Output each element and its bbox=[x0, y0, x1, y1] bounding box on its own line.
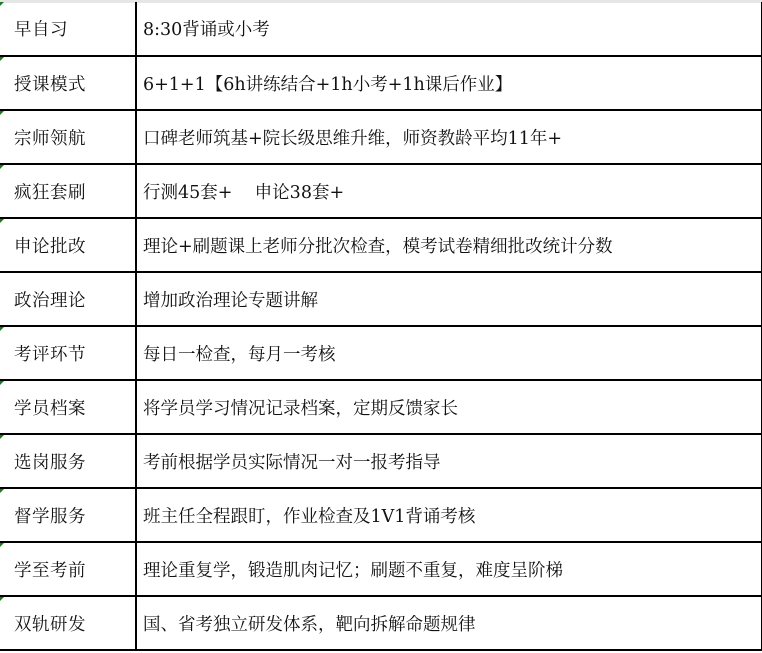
course-feature-table: 早自习8:30背诵或小考 授课模式6+1+1【6h讲练结合+1h小考+1h课后作… bbox=[0, 2, 762, 651]
row-label[interactable]: 学至考前 bbox=[0, 543, 137, 595]
table-row: 督学服务班主任全程跟盯，作业检查及1V1背诵考核 bbox=[0, 489, 761, 543]
cell-marker-icon bbox=[0, 327, 4, 331]
row-value[interactable]: 每日一检查，每月一考核 bbox=[137, 327, 761, 379]
cell-marker-icon bbox=[0, 489, 4, 493]
cell-marker-icon bbox=[0, 165, 4, 169]
table-row: 考评环节每日一检查，每月一考核 bbox=[0, 327, 761, 381]
table-row: 申论批改理论+刷题课上老师分批次检查，模考试卷精细批改统计分数 bbox=[0, 219, 761, 273]
cell-marker-icon bbox=[0, 219, 4, 223]
row-label[interactable]: 政治理论 bbox=[0, 273, 137, 325]
row-label[interactable]: 督学服务 bbox=[0, 489, 137, 541]
table-row: 宗师领航口碑老师筑基+院长级思维升维，师资教龄平均11年+ bbox=[0, 111, 761, 165]
row-label[interactable]: 早自习 bbox=[0, 2, 137, 55]
row-value[interactable]: 班主任全程跟盯，作业检查及1V1背诵考核 bbox=[137, 489, 761, 541]
cell-marker-icon bbox=[0, 543, 4, 547]
table-row: 政治理论增加政治理论专题讲解 bbox=[0, 273, 761, 327]
row-label[interactable]: 授课模式 bbox=[0, 57, 137, 109]
table-row: 学员档案将学员学习情况记录档案，定期反馈家长 bbox=[0, 381, 761, 435]
row-value[interactable]: 理论重复学，锻造肌肉记忆；刷题不重复，难度呈阶梯 bbox=[137, 543, 761, 595]
table-row: 学至考前理论重复学，锻造肌肉记忆；刷题不重复，难度呈阶梯 bbox=[0, 543, 761, 597]
row-value[interactable]: 考前根据学员实际情况一对一报考指导 bbox=[137, 435, 761, 487]
row-value[interactable]: 增加政治理论专题讲解 bbox=[137, 273, 761, 325]
row-label[interactable]: 宗师领航 bbox=[0, 111, 137, 163]
row-value[interactable]: 行测45套+ 申论38套+ bbox=[137, 165, 761, 217]
table-row: 选岗服务考前根据学员实际情况一对一报考指导 bbox=[0, 435, 761, 489]
row-value[interactable]: 国、省考独立研发体系，靶向拆解命题规律 bbox=[137, 597, 761, 649]
row-label[interactable]: 疯狂套刷 bbox=[0, 165, 137, 217]
table-row: 授课模式6+1+1【6h讲练结合+1h小考+1h课后作业】 bbox=[0, 57, 761, 111]
cell-marker-icon bbox=[0, 435, 4, 439]
cell-marker-icon bbox=[0, 111, 4, 115]
cell-marker-icon bbox=[0, 57, 4, 61]
table-row: 早自习8:30背诵或小考 bbox=[0, 2, 761, 57]
row-value[interactable]: 理论+刷题课上老师分批次检查，模考试卷精细批改统计分数 bbox=[137, 219, 761, 271]
cell-marker-icon bbox=[0, 597, 4, 601]
row-label[interactable]: 选岗服务 bbox=[0, 435, 137, 487]
table-row: 疯狂套刷行测45套+ 申论38套+ bbox=[0, 165, 761, 219]
row-label[interactable]: 双轨研发 bbox=[0, 597, 137, 649]
cell-marker-icon bbox=[0, 381, 4, 385]
row-value[interactable]: 8:30背诵或小考 bbox=[137, 2, 761, 55]
table-row: 双轨研发国、省考独立研发体系，靶向拆解命题规律 bbox=[0, 597, 761, 651]
row-value[interactable]: 口碑老师筑基+院长级思维升维，师资教龄平均11年+ bbox=[137, 111, 761, 163]
row-label[interactable]: 学员档案 bbox=[0, 381, 137, 433]
row-label[interactable]: 考评环节 bbox=[0, 327, 137, 379]
row-value[interactable]: 6+1+1【6h讲练结合+1h小考+1h课后作业】 bbox=[137, 57, 761, 109]
cell-marker-icon bbox=[0, 2, 4, 6]
row-label[interactable]: 申论批改 bbox=[0, 219, 137, 271]
row-value[interactable]: 将学员学习情况记录档案，定期反馈家长 bbox=[137, 381, 761, 433]
